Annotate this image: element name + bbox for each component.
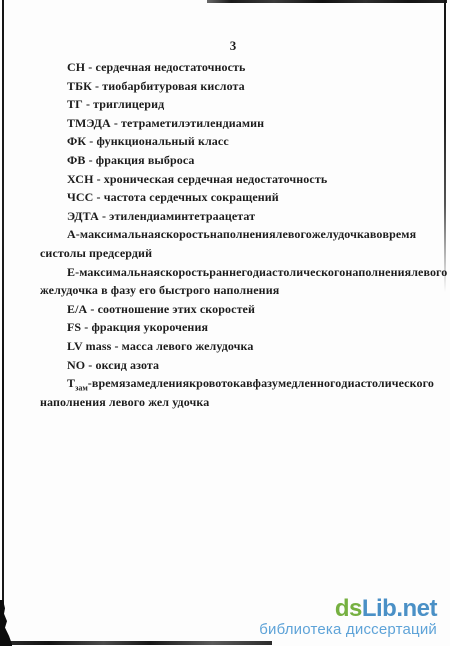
tzam-term: Тзам [67, 374, 88, 393]
text-line: наполнения левого жел удочка [40, 393, 412, 412]
scanned-page: 3 СН - сердечная недостаточность ТБК - т… [0, 0, 450, 646]
page-number: 3 [40, 38, 426, 54]
text-line-justified: Тзам -времязамедлениякровотокавфазумедле… [40, 374, 412, 393]
text-line: ТМЭДА - тетраметилэтилендиамин [40, 114, 412, 133]
text-line: NO - оксид азота [40, 356, 412, 375]
text-line: желудочка в фазу его быстрого наполнения [40, 281, 412, 300]
scan-artifact-ink-smudge [0, 600, 12, 646]
text-line: ХСН - хроническая сердечная недостаточно… [40, 170, 412, 189]
text-line: FS - фракция укорочения [40, 318, 412, 337]
dslib-logo: dsLib.net библиотека диссертаций [259, 598, 437, 638]
scan-artifact-right-edge [444, 0, 446, 292]
scan-artifact-bottom-edge [0, 641, 272, 645]
text-line: ЭДТА - этилендиаминтетраацетат [40, 207, 412, 226]
logo-brand: dsLib.net [259, 598, 437, 620]
text-line: ФВ - фракция выброса [40, 151, 412, 170]
logo-brand-green: ds [335, 595, 362, 622]
scan-artifact-left-edge [2, 0, 4, 646]
scan-artifact-top-edge [207, 0, 447, 3]
text-line: Е/А - соотношение этих скоростей [40, 300, 412, 319]
text-line: ФК - функциональный класс [40, 132, 412, 151]
logo-subtitle: библиотека диссертаций [259, 621, 437, 638]
text-line-justified: Е-максимальнаяскоростьраннегодиастоличес… [40, 263, 412, 282]
text-line: ТГ - триглицерид [40, 95, 412, 114]
text-line: LV mass - масса левого желудочка [40, 337, 412, 356]
logo-brand-blue: Lib.net [362, 595, 437, 622]
text-line-justified: А-максимальнаяскоростьнаполнениялевогоже… [40, 225, 412, 244]
text-line: ТБК - тиобарбитуровая кислота [40, 77, 412, 96]
abbreviation-list: СН - сердечная недостаточность ТБК - тио… [40, 58, 412, 411]
text-line: ЧСС - частота сердечных сокращений [40, 188, 412, 207]
text-line: СН - сердечная недостаточность [40, 58, 412, 77]
tzam-base: Т [67, 374, 75, 393]
text-line: систолы предсердий [40, 244, 412, 263]
tzam-subscript: зам [75, 383, 88, 392]
